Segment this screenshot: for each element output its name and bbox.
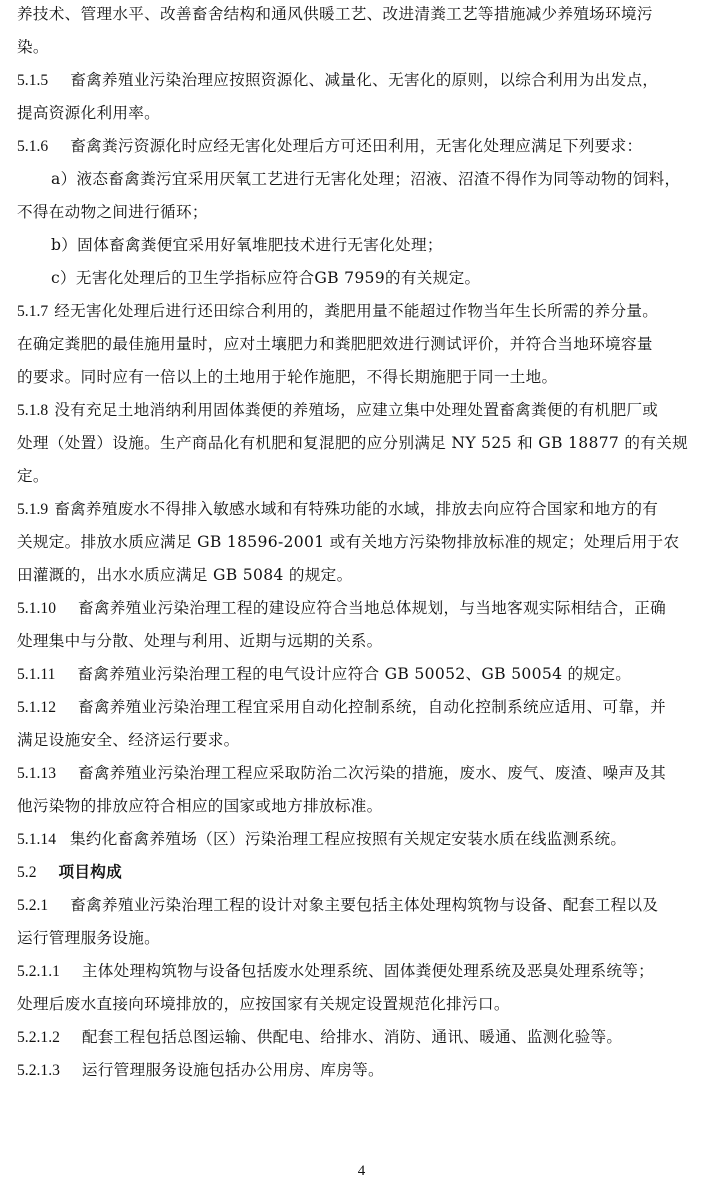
line-text: 满足设施安全、经济运行要求。	[17, 731, 240, 749]
clause-number: 5.1.6	[17, 138, 48, 155]
section-heading: 项目构成	[59, 862, 123, 881]
text-line: 的要求。同时应有一倍以上的土地用于轮作施肥，不得长期施肥于同一土地。	[17, 367, 557, 387]
line-text: 养技术、管理水平、改善畜舍结构和通风供暖工艺、改进清粪工艺等措施减少养殖场环境污	[17, 5, 653, 23]
clause-number: 5.1.14	[17, 831, 56, 848]
text-line: 养技术、管理水平、改善畜舍结构和通风供暖工艺、改进清粪工艺等措施减少养殖场环境污	[17, 4, 653, 24]
line-text: 处理（处置）设施。生产商品化有机肥和复混肥的应分别满足 NY 525 和 GB …	[17, 434, 688, 452]
line-text: c）无害化处理后的卫生学指标应符合GB 7959的有关规定。	[51, 269, 480, 287]
line-text: 畜禽养殖废水不得排入敏感水域和有特殊功能的水域，排放去向应符合国家和地方的有	[54, 500, 658, 518]
line-text: 运行管理服务设施。	[17, 929, 160, 947]
text-line: 定。	[17, 466, 49, 486]
line-text: 定。	[17, 467, 49, 485]
clause-line: 5.1.7经无害化处理后进行还田综合利用的，粪肥用量不能超过作物当年生长所需的养…	[17, 301, 658, 321]
line-text: 提高资源化利用率。	[17, 104, 160, 122]
line-text: 配套工程包括总图运输、供配电、给排水、消防、通讯、暖通、监测化验等。	[82, 1028, 622, 1046]
line-text: 的要求。同时应有一倍以上的土地用于轮作施肥，不得长期施肥于同一土地。	[17, 368, 557, 386]
clause-number: 5.1.12	[17, 699, 56, 716]
clause-line: 5.1.9畜禽养殖废水不得排入敏感水域和有特殊功能的水域，排放去向应符合国家和地…	[17, 499, 658, 519]
clause-line: 5.1.5畜禽养殖业污染治理应按照资源化、减量化、无害化的原则，以综合利用为出发…	[17, 70, 658, 90]
text-line: 处理集中与分散、处理与利用、近期与远期的关系。	[17, 631, 383, 651]
clause-line: 5.1.12畜禽养殖业污染治理工程宜采用自动化控制系统，自动化控制系统应适用、可…	[17, 697, 666, 717]
line-text: 畜禽养殖业污染治理工程宜采用自动化控制系统，自动化控制系统应适用、可靠，并	[78, 698, 666, 716]
text-line: 在确定粪肥的最佳施用量时，应对土壤肥力和粪肥肥效进行测试评价，并符合当地环境容量	[17, 334, 653, 354]
clause-line: 5.1.14集约化畜禽养殖场（区）污染治理工程应按照有关规定安装水质在线监测系统…	[17, 829, 626, 849]
clause-line: 5.1.8没有充足土地消纳利用固体粪便的养殖场，应建立集中处理处置畜禽粪便的有机…	[17, 400, 658, 420]
clause-line: 5.2.1.2配套工程包括总图运输、供配电、给排水、消防、通讯、暖通、监测化验等…	[17, 1027, 622, 1047]
clause-number: 5.2.1	[17, 897, 48, 914]
clause-number: 5.2.1.2	[17, 1029, 60, 1046]
line-text: 畜禽养殖业污染治理工程应采取防治二次污染的措施，废水、废气、废渣、噪声及其	[78, 764, 666, 782]
line-text: 他污染物的排放应符合相应的国家或地方排放标准。	[17, 797, 383, 815]
clause-line: 5.1.13畜禽养殖业污染治理工程应采取防治二次污染的措施，废水、废气、废渣、噪…	[17, 763, 666, 783]
text-line: 关规定。排放水质应满足 GB 18596-2001 或有关地方污染物排放标准的规…	[17, 532, 679, 552]
clause-line: 5.2.1.1主体处理构筑物与设备包括废水处理系统、固体粪便处理系统及恶臭处理系…	[17, 961, 654, 981]
line-text: 畜禽养殖业污染治理应按照资源化、减量化、无害化的原则，以综合利用为出发点，	[70, 71, 658, 89]
line-text: 畜禽养殖业污染治理工程的设计对象主要包括主体处理构筑物与设备、配套工程以及	[70, 896, 658, 914]
line-text: a）液态畜禽粪污宜采用厌氧工艺进行无害化处理；沼液、沼渣不得作为同等动物的饲料，	[51, 170, 680, 188]
text-line: 染。	[17, 37, 49, 57]
line-text: 主体处理构筑物与设备包括废水处理系统、固体粪便处理系统及恶臭处理系统等；	[82, 962, 654, 980]
text-line: a）液态畜禽粪污宜采用厌氧工艺进行无害化处理；沼液、沼渣不得作为同等动物的饲料，	[17, 169, 680, 189]
clause-number: 5.1.9	[17, 501, 48, 518]
line-text: 经无害化处理后进行还田综合利用的，粪肥用量不能超过作物当年生长所需的养分量。	[54, 302, 658, 320]
clause-number: 5.1.8	[17, 402, 48, 419]
clause-line: 5.2.1.3运行管理服务设施包括办公用房、库房等。	[17, 1060, 384, 1080]
page-number: 4	[0, 1163, 723, 1180]
text-line: b）固体畜禽粪便宜采用好氧堆肥技术进行无害化处理；	[17, 235, 443, 255]
text-line: 运行管理服务设施。	[17, 928, 160, 948]
clause-number: 5.2.1.1	[17, 963, 60, 980]
text-line: 处理后废水直接向环境排放的，应按国家有关规定设置规范化排污口。	[17, 994, 510, 1014]
clause-line: 5.2项目构成	[17, 862, 122, 882]
line-text: 没有充足土地消纳利用固体粪便的养殖场，应建立集中处理处置畜禽粪便的有机肥厂或	[54, 401, 658, 419]
line-text: 畜禽粪污资源化时应经无害化处理后方可还田利用，无害化处理应满足下列要求：	[70, 137, 642, 155]
text-line: 处理（处置）设施。生产商品化有机肥和复混肥的应分别满足 NY 525 和 GB …	[17, 433, 688, 453]
text-line: 满足设施安全、经济运行要求。	[17, 730, 240, 750]
line-text: 染。	[17, 38, 49, 56]
line-text: 在确定粪肥的最佳施用量时，应对土壤肥力和粪肥肥效进行测试评价，并符合当地环境容量	[17, 335, 653, 353]
line-text: 田灌溉的，出水水质应满足 GB 5084 的规定。	[17, 566, 352, 584]
clause-number: 5.2	[17, 864, 37, 881]
line-text: 处理后废水直接向环境排放的，应按国家有关规定设置规范化排污口。	[17, 995, 510, 1013]
clause-number: 5.1.5	[17, 72, 48, 89]
clause-line: 5.1.10畜禽养殖业污染治理工程的建设应符合当地总体规划，与当地客观实际相结合…	[17, 598, 666, 618]
clause-number: 5.1.11	[17, 666, 55, 683]
line-text: 运行管理服务设施包括办公用房、库房等。	[82, 1061, 384, 1079]
clause-line: 5.1.11畜禽养殖业污染治理工程的电气设计应符合 GB 50052、GB 50…	[17, 664, 631, 684]
clause-line: 5.1.6畜禽粪污资源化时应经无害化处理后方可还田利用，无害化处理应满足下列要求…	[17, 136, 642, 156]
line-text: 关规定。排放水质应满足 GB 18596-2001 或有关地方污染物排放标准的规…	[17, 533, 679, 551]
clause-number: 5.1.7	[17, 303, 48, 320]
text-line: 不得在动物之间进行循环；	[17, 202, 208, 222]
text-line: 提高资源化利用率。	[17, 103, 160, 123]
line-text: 畜禽养殖业污染治理工程的电气设计应符合 GB 50052、GB 50054 的规…	[77, 665, 631, 683]
line-text: 畜禽养殖业污染治理工程的建设应符合当地总体规划，与当地客观实际相结合，正确	[78, 599, 666, 617]
clause-line: 5.2.1畜禽养殖业污染治理工程的设计对象主要包括主体处理构筑物与设备、配套工程…	[17, 895, 658, 915]
clause-number: 5.1.13	[17, 765, 56, 782]
clause-number: 5.1.10	[17, 600, 56, 617]
line-text: 集约化畜禽养殖场（区）污染治理工程应按照有关规定安装水质在线监测系统。	[70, 830, 626, 848]
text-line: 他污染物的排放应符合相应的国家或地方排放标准。	[17, 796, 383, 816]
line-text: 不得在动物之间进行循环；	[17, 203, 208, 221]
text-line: c）无害化处理后的卫生学指标应符合GB 7959的有关规定。	[17, 268, 480, 288]
text-line: 田灌溉的，出水水质应满足 GB 5084 的规定。	[17, 565, 352, 585]
line-text: b）固体畜禽粪便宜采用好氧堆肥技术进行无害化处理；	[51, 236, 443, 254]
line-text: 处理集中与分散、处理与利用、近期与远期的关系。	[17, 632, 383, 650]
clause-number: 5.2.1.3	[17, 1062, 60, 1079]
